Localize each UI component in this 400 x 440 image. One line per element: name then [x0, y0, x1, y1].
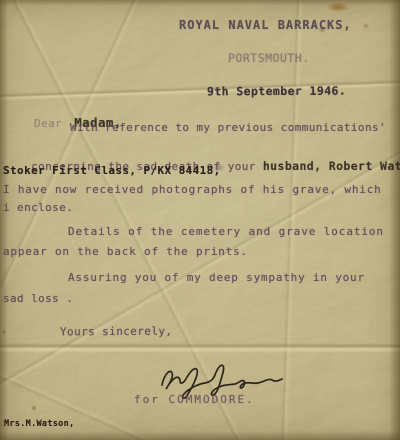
ink-smudge	[213, 163, 225, 172]
body-line: Details of the cemetery and grave locati…	[68, 225, 384, 238]
body-line-bold: Stoker First Class, P/KX 84418,	[3, 164, 221, 177]
body-segment-bold: husband, Robert Watson,	[263, 159, 400, 173]
addressee: Mrs.M.Watson,	[4, 419, 74, 429]
body-line: sad loss .	[3, 292, 73, 305]
signature-for-commodore: for COMMODORE.	[134, 393, 255, 406]
body-line: I have now received photographs of his g…	[3, 183, 382, 196]
body-line: i enclose.	[3, 201, 73, 214]
letterhead-line1: ROYAL NAVAL BARRACKS,	[179, 18, 352, 32]
body-line: appear on the back of the prints.	[3, 245, 248, 258]
closing: Yours sincerely,	[60, 325, 172, 339]
letter-date: 9th September 1946.	[207, 84, 346, 99]
letterhead-line2: PORTSMOUTH.	[228, 51, 310, 65]
salutation-dear: Dear	[34, 117, 62, 130]
body-line: With reference to my previous communicat…	[70, 121, 386, 134]
body-line: Assuring you of my deep sympathy in your	[68, 271, 365, 284]
letter-scan: ROYAL NAVAL BARRACKS, PORTSMOUTH. 9th Se…	[0, 0, 400, 440]
